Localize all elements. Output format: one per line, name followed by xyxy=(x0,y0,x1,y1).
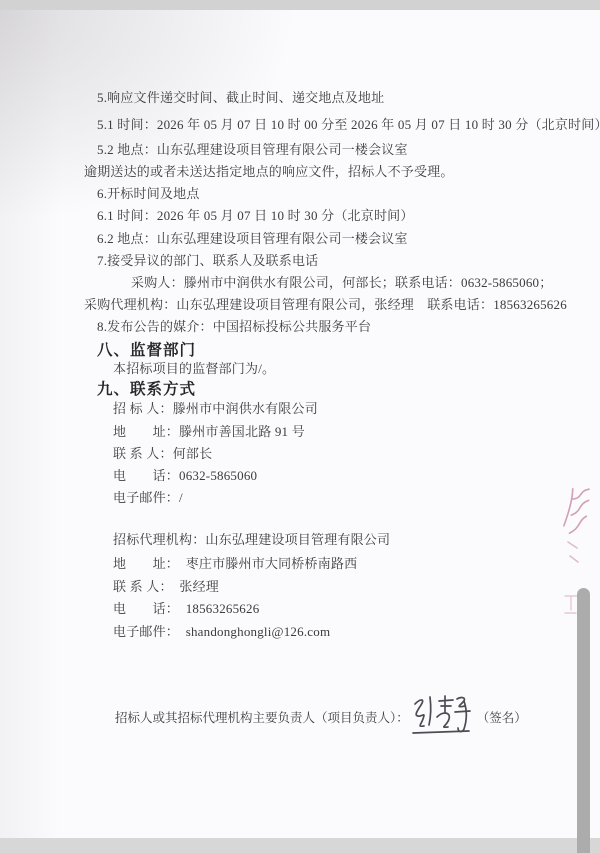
notice-line: 6.开标时间及地点 xyxy=(97,186,200,202)
bidder-contact-line: 电子邮件：/ xyxy=(113,490,183,506)
notice-line: 逾期送达的或者未送达指定地点的响应文件，招标人不予受理。 xyxy=(84,164,454,180)
signature-prefix: 招标人或其招标代理机构主要负责人（项目负责人）： xyxy=(115,708,409,726)
agency-contact-line: 电子邮件： shandonghongli@126.com xyxy=(113,624,330,640)
bidder-contact-line: 招 标 人：滕州市中润供水有限公司 xyxy=(113,401,318,417)
vertical-scrollbar-thumb[interactable] xyxy=(577,588,590,853)
signature-line: 招标人或其招标代理机构主要负责人（项目负责人）： （签名） xyxy=(115,708,527,736)
agency-contact-line: 电 话： 18563265626 xyxy=(113,601,259,617)
paper-sheet: 5.响应文件递交时间、截止时间、递交地点及地址 5.1 时间：2026 年 05… xyxy=(0,10,600,838)
bidder-contact-line: 地 址：滕州市善国北路 91 号 xyxy=(113,424,305,440)
notice-line: 8.发布公告的媒介：中国招标投标公共服务平台 xyxy=(97,319,371,335)
notice-line: 采购代理机构：山东弘理建设项目管理有限公司，张经理 联系电话：185632656… xyxy=(84,297,567,313)
signature-handwriting xyxy=(411,692,475,736)
agency-contact-line: 联 系 人： 张经理 xyxy=(113,579,219,595)
notice-line: 6.1 时间：2026 年 05 月 07 日 10 时 30 分（北京时间） xyxy=(97,208,414,224)
notice-line: 7.接受异议的部门、联系人及联系电话 xyxy=(97,253,318,269)
bottom-edge-band xyxy=(0,838,600,853)
top-edge-band xyxy=(0,0,600,10)
scanned-tender-notice-page: 5.响应文件递交时间、截止时间、递交地点及地址 5.1 时间：2026 年 05… xyxy=(0,0,600,853)
agency-contact-line: 招标代理机构：山东弘理建设项目管理有限公司 xyxy=(113,532,390,548)
notice-line: 5.1 时间：2026 年 05 月 07 日 10 时 00 分至 2026 … xyxy=(97,117,600,133)
supervision-body: 本招标项目的监督部门为/。 xyxy=(113,361,275,377)
agency-contact-line: 地 址： 枣庄市滕州市大同桥桥南路西 xyxy=(113,556,357,572)
notice-line: 5.2 地点：山东弘理建设项目管理有限公司一楼会议室 xyxy=(97,142,408,158)
signature-suffix: （签名） xyxy=(477,708,527,726)
red-ink-dash-artifact xyxy=(564,540,584,566)
notice-line: 采购人：滕州市中润供水有限公司，何部长；联系电话：0632-5865060； xyxy=(131,275,552,291)
bidder-contact-line: 联 系 人：何部长 xyxy=(113,446,212,462)
section-heading-contact: 九、联系方式 xyxy=(97,377,196,399)
section-heading-supervision: 八、监督部门 xyxy=(97,338,196,360)
red-ink-artifact xyxy=(560,484,592,540)
notice-line: 6.2 地点：山东弘理建设项目管理有限公司一楼会议室 xyxy=(97,231,408,247)
notice-line: 5.响应文件递交时间、截止时间、递交地点及地址 xyxy=(97,90,384,106)
bidder-contact-line: 电 话：0632-5865060 xyxy=(113,468,257,484)
